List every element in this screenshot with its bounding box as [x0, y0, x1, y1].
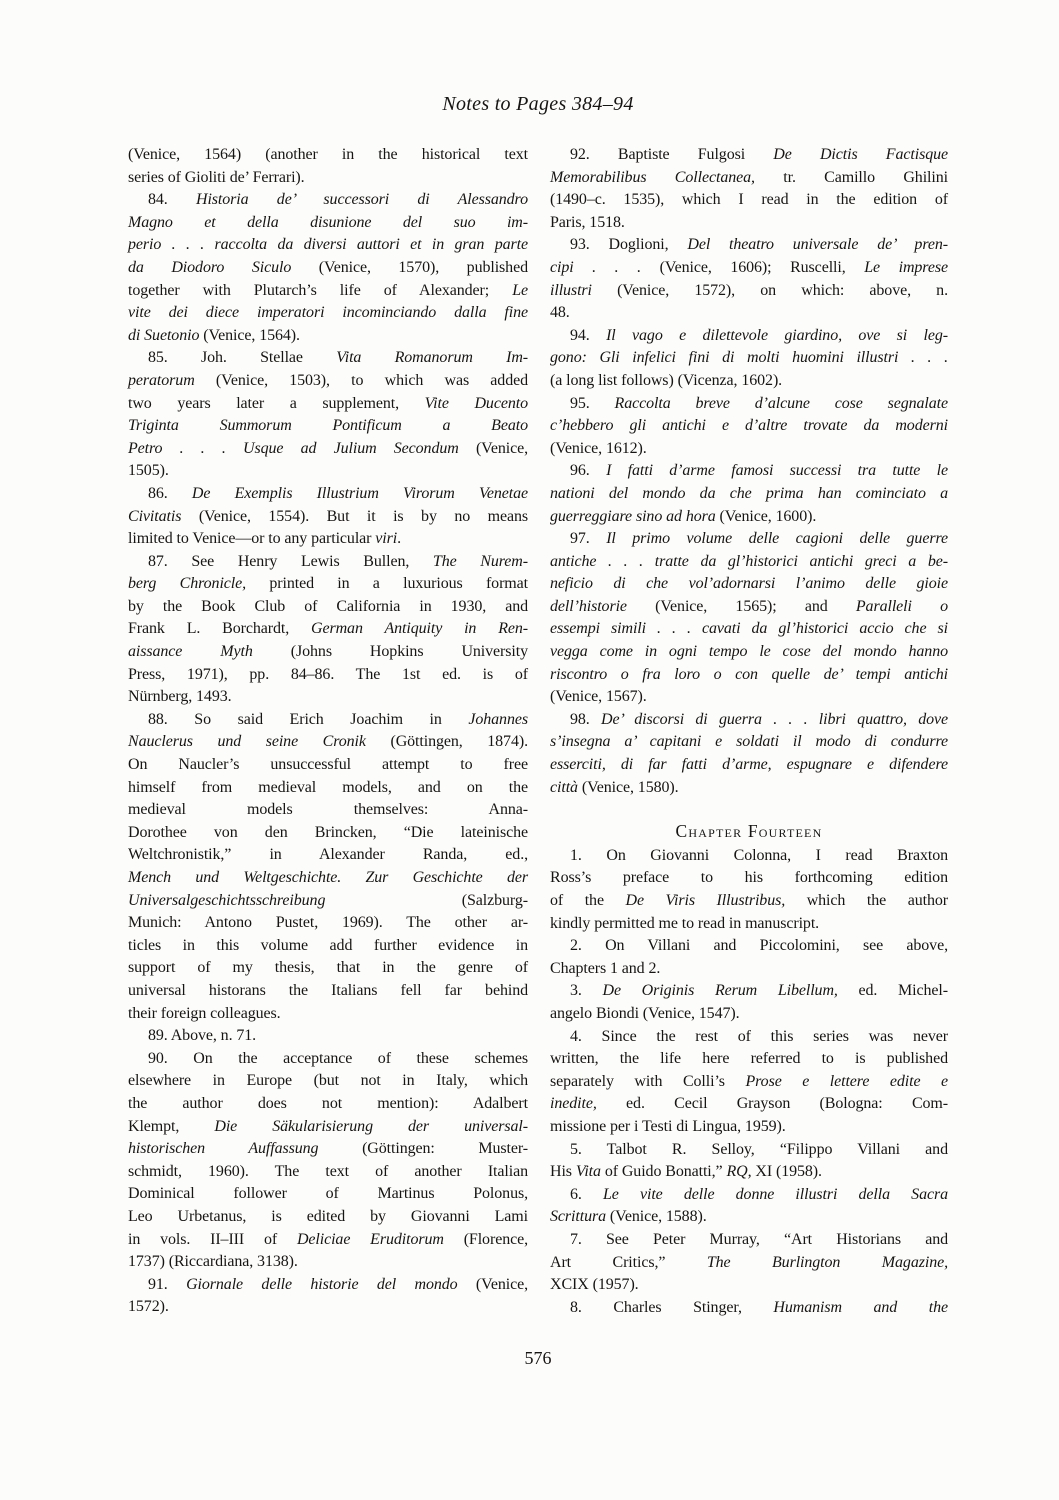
- note-line: limited to Venice—or to any particular v…: [128, 528, 528, 551]
- text-run: 1. On Giovanni Colonna, I read Braxton: [570, 847, 948, 864]
- italic-text-run: Universalgeschichtsschreibung: [128, 892, 462, 909]
- text-run: separately with Colli’s: [550, 1073, 745, 1090]
- text-run: Art Critics,”: [550, 1254, 707, 1271]
- note-line: essempi simili . . . cavati da gl’histor…: [550, 618, 948, 641]
- note-line: guerreggiare sino ad hora (Venice, 1600)…: [550, 506, 948, 529]
- italic-text-run: Vite Ducento: [425, 395, 528, 412]
- note-paragraph: 91. Giornale delle historie del mondo (V…: [128, 1274, 528, 1319]
- note-line: (a long list follows) (Vicenza, 1602).: [550, 370, 948, 393]
- note-line: neficio di che vol’adornarsi l’animo del…: [550, 573, 948, 596]
- italic-text-run: Le imprese: [864, 259, 948, 276]
- text-run: ticles in this volume add further eviden…: [128, 937, 528, 954]
- text-run: written, the life here referred to is pu…: [550, 1050, 948, 1067]
- note-line: Frank L. Borchardt, German Antiquity in …: [128, 618, 528, 641]
- text-run: His: [550, 1163, 576, 1180]
- note-paragraph: 3. De Originis Rerum Libellum, ed. Miche…: [550, 980, 948, 1025]
- italic-text-run: guerreggiare sino ad hora: [550, 508, 720, 525]
- italic-text-run: Historia de’ successori di Alessandro: [196, 191, 528, 208]
- text-run: (Venice, 1503), to which was added: [216, 372, 528, 389]
- note-line: 87. See Henry Lewis Bullen, The Nurem-: [128, 551, 528, 574]
- note-line: Petro . . . Usque ad Julium Secondum (Ve…: [128, 438, 528, 461]
- note-line: perio . . . raccolta da diversi auttori …: [128, 234, 528, 257]
- note-line: vegga come in ogni tempo le cose del mon…: [550, 641, 948, 664]
- italic-text-run: Del theatro universale de’ pren-: [687, 236, 948, 253]
- note-line: universal historans the Italians fell fa…: [128, 980, 528, 1003]
- text-run: in vols. II–III of: [128, 1231, 297, 1248]
- note-paragraph: 85. Joh. Stellae Vita Romanorum Im-perat…: [128, 347, 528, 483]
- note-line: support of my thesis, that in the genre …: [128, 957, 528, 980]
- italic-text-run: I fatti d’arme famosi successi tra tutte…: [606, 462, 948, 479]
- note-line: 93. Doglioni, Del theatro universale de’…: [550, 234, 948, 257]
- text-run: (Salzburg-: [462, 892, 528, 909]
- italic-text-run: De’ discorsi di guerra . . . libri quatt…: [601, 711, 948, 728]
- text-run: (Venice, 1554). But it is by no means: [199, 508, 528, 525]
- note-line: 89. Above, n. 71.: [128, 1025, 528, 1048]
- note-line: 98. De’ discorsi di guerra . . . libri q…: [550, 709, 948, 732]
- note-line: 5. Talbot R. Selloy, “Filippo Villani an…: [550, 1139, 948, 1162]
- note-line: of the De Viris Illustribus, which the a…: [550, 890, 948, 913]
- note-paragraph: 92. Baptiste Fulgosi De Dictis Factisque…: [550, 144, 948, 234]
- text-run: Leo Urbetanus, is edited by Giovanni Lam…: [128, 1208, 528, 1225]
- text-run: 89. Above, n. 71.: [148, 1027, 256, 1044]
- note-line: Magno et della disunione del suo im-: [128, 212, 528, 235]
- note-line: 3. De Originis Rerum Libellum, ed. Miche…: [550, 980, 948, 1003]
- italic-text-run: Triginta Summorum Pontificum a Beato: [128, 417, 528, 434]
- text-run: 96.: [570, 462, 606, 479]
- note-line: inedite, ed. Cecil Grayson (Bologna: Com…: [550, 1093, 948, 1116]
- note-line: medieval models themselves: Anna-: [128, 799, 528, 822]
- note-line: 94. Il vago e dilettevole giardino, ove …: [550, 325, 948, 348]
- note-line: angelo Biondi (Venice, 1547).: [550, 1003, 948, 1026]
- italic-text-run: De Dictis Factisque: [773, 146, 948, 163]
- note-line: (1490–c. 1535), which I read in the edit…: [550, 189, 948, 212]
- note-paragraph: 6. Le vite delle donne illustri della Sa…: [550, 1184, 948, 1229]
- italic-text-run: Nauclerus und seine Cronik: [128, 733, 390, 750]
- text-run: limited to Venice—or to any particular: [128, 530, 375, 547]
- note-line: their foreign colleagues.: [128, 1003, 528, 1026]
- note-line: s’insegna a’ capitani e soldati il modo …: [550, 731, 948, 754]
- note-paragraph: 90. On the acceptance of these schemesel…: [128, 1048, 528, 1274]
- text-run: 84.: [148, 191, 196, 208]
- note-line: Civitatis (Venice, 1554). But it is by n…: [128, 506, 528, 529]
- text-run: (Venice, 1600).: [720, 508, 817, 525]
- text-run: which the author: [807, 892, 948, 909]
- text-run: universal historans the Italians fell fa…: [128, 982, 528, 999]
- text-run: angelo Biondi (Venice, 1547).: [550, 1005, 740, 1022]
- note-line: 1737) (Riccardiana, 3138).: [128, 1251, 528, 1274]
- note-line: elsewhere in Europe (but not in Italy, w…: [128, 1070, 528, 1093]
- note-line: vite dei diece imperatori incominciando …: [128, 302, 528, 325]
- text-run: 1737) (Riccardiana, 3138).: [128, 1253, 298, 1270]
- note-line: berg Chronicle, printed in a luxurious f…: [128, 573, 528, 596]
- page-number: 576: [128, 1348, 948, 1369]
- note-line: 6. Le vite delle donne illustri della Sa…: [550, 1184, 948, 1207]
- italic-text-run: peratorum: [128, 372, 216, 389]
- text-run: Ross’s preface to his forthcoming editio…: [550, 869, 948, 886]
- note-line: 1. On Giovanni Colonna, I read Braxton: [550, 845, 948, 868]
- text-run: medieval models themselves: Anna-: [128, 801, 528, 818]
- italic-text-run: aissance Myth: [128, 643, 291, 660]
- note-line: Dominical follower of Martinus Polonus,: [128, 1183, 528, 1206]
- italic-text-run: The Nurem-: [433, 553, 528, 570]
- italic-text-run: De Viris Illustribus,: [626, 892, 807, 909]
- italic-text-run: Vita: [576, 1163, 605, 1180]
- note-line: Nauclerus und seine Cronik (Göttingen, 1…: [128, 731, 528, 754]
- note-line: 86. De Exemplis Illustrium Virorum Venet…: [128, 483, 528, 506]
- italic-text-run: Giornale delle historie del mondo: [186, 1276, 476, 1293]
- note-line: città (Venice, 1580).: [550, 777, 948, 800]
- note-paragraph: 94. Il vago e dilettevole giardino, ove …: [550, 325, 948, 393]
- text-run: 5. Talbot R. Selloy, “Filippo Villani an…: [570, 1141, 948, 1158]
- italic-text-run: Le vite delle donne illustri della Sacra: [603, 1186, 948, 1203]
- note-paragraph: 86. De Exemplis Illustrium Virorum Venet…: [128, 483, 528, 551]
- text-run: ed. Cecil Grayson (Bologna: Com-: [626, 1095, 948, 1112]
- text-run: XCIX (1957).: [550, 1276, 639, 1293]
- text-run: 86.: [148, 485, 192, 502]
- text-run: 91.: [148, 1276, 186, 1293]
- note-line: gono: Gli infelici fini di molti huomini…: [550, 347, 948, 370]
- note-paragraph: 7. See Peter Murray, “Art Historians and…: [550, 1229, 948, 1297]
- note-paragraph: 2. On Villani and Piccolomini, see above…: [550, 935, 948, 980]
- italic-text-run: Scrittura: [550, 1208, 610, 1225]
- text-run: 98.: [570, 711, 601, 728]
- note-paragraph: 88. So said Erich Joachim in JohannesNau…: [128, 709, 528, 1025]
- note-line: ticles in this volume add further eviden…: [128, 935, 528, 958]
- note-line: His Vita of Guido Bonatti,” RQ, XI (1958…: [550, 1161, 948, 1184]
- note-line: missione per i Testi di Lingua, 1959).: [550, 1116, 948, 1139]
- italic-text-run: Magno et della disunione del suo im-: [128, 214, 528, 231]
- text-run: (Venice, 1588).: [610, 1208, 707, 1225]
- text-run: (Venice, 1564) (another in the historica…: [128, 146, 528, 163]
- italic-text-run: riscontro o fra loro o con quelle de’ te…: [550, 666, 948, 683]
- note-line: antiche . . . tratte da gl’historici ant…: [550, 551, 948, 574]
- italic-text-run: Le: [512, 282, 528, 299]
- italic-text-run: s’insegna a’ capitani e soldati il modo …: [550, 733, 948, 750]
- italic-text-run: Il primo volume delle cagioni delle guer…: [606, 530, 948, 547]
- text-run: Munich: Antono Pustet, 1969). The other …: [128, 914, 528, 931]
- note-line: Leo Urbetanus, is edited by Giovanni Lam…: [128, 1206, 528, 1229]
- text-run: schmidt, 1960). The text of another Ital…: [128, 1163, 528, 1180]
- text-run: Dorothee von den Brincken, “Die lateinis…: [128, 824, 528, 841]
- note-paragraph: 5. Talbot R. Selloy, “Filippo Villani an…: [550, 1139, 948, 1184]
- note-line: 90. On the acceptance of these schemes: [128, 1048, 528, 1071]
- text-run: by the Book Club of California in 1930, …: [128, 598, 528, 615]
- text-run: their foreign colleagues.: [128, 1005, 281, 1022]
- italic-text-run: esserciti, di far fatti d’arme, espugnar…: [550, 756, 948, 773]
- text-run: himself from medieval models, and on the: [128, 779, 528, 796]
- note-line: Chapters 1 and 2.: [550, 958, 948, 981]
- text-run: two years later a supplement,: [128, 395, 425, 412]
- note-line: Press, 1971), pp. 84–86. The 1st ed. is …: [128, 664, 528, 687]
- note-line: Nürnberg, 1493.: [128, 686, 528, 709]
- note-line: the author does not mention): Adalbert: [128, 1093, 528, 1116]
- note-line: Paris, 1518.: [550, 212, 948, 235]
- note-line: cipi . . . (Venice, 1606); Ruscelli, Le …: [550, 257, 948, 280]
- text-run: 97.: [570, 530, 606, 547]
- italic-text-run: Johannes: [468, 711, 528, 728]
- note-line: 8. Charles Stinger, Humanism and the: [550, 1297, 948, 1320]
- text-run: Chapters 1 and 2.: [550, 960, 660, 977]
- text-run: 92. Baptiste Fulgosi: [570, 146, 773, 163]
- italic-text-run: dell’historie: [550, 598, 655, 615]
- italic-text-run: da Diodoro Siculo: [128, 259, 319, 276]
- right-column: 92. Baptiste Fulgosi De Dictis Factisque…: [550, 144, 948, 1319]
- italic-text-run: viri: [375, 530, 397, 547]
- note-line: 96. I fatti d’arme famosi successi tra t…: [550, 460, 948, 483]
- text-run: missione per i Testi di Lingua, 1959).: [550, 1118, 786, 1135]
- note-line: 85. Joh. Stellae Vita Romanorum Im-: [128, 347, 528, 370]
- text-run: of Guido Bonatti,”: [605, 1163, 727, 1180]
- note-line: Triginta Summorum Pontificum a Beato: [128, 415, 528, 438]
- italic-text-run: c’hebbero gli antichi e d’altre trovate …: [550, 417, 948, 434]
- note-line: Klempt, Die Säkularisierung der universa…: [128, 1116, 528, 1139]
- note-line: 7. See Peter Murray, “Art Historians and: [550, 1229, 948, 1252]
- book-page: Notes to Pages 384–94 (Venice, 1564) (an…: [0, 0, 1059, 1500]
- note-line: by the Book Club of California in 1930, …: [128, 596, 528, 619]
- note-line: 91. Giornale delle historie del mondo (V…: [128, 1274, 528, 1297]
- note-line: Universalgeschichtsschreibung (Salzburg-: [128, 890, 528, 913]
- note-line: (Venice, 1612).: [550, 438, 948, 461]
- note-line: kindly permitted me to read in manuscrip…: [550, 913, 948, 936]
- text-run: 6.: [570, 1186, 603, 1203]
- text-run: (Venice, 1564).: [203, 327, 300, 344]
- text-run: On Naucler’s unsuccessful attempt to fre…: [128, 756, 528, 773]
- text-run: 1572).: [128, 1298, 169, 1315]
- note-line: 97. Il primo volume delle cagioni delle …: [550, 528, 948, 551]
- note-paragraph: 97. Il primo volume delle cagioni delle …: [550, 528, 948, 709]
- note-line: 95. Raccolta breve d’alcune cose segnala…: [550, 393, 948, 416]
- italic-text-run: German Antiquity in Ren-: [311, 620, 528, 637]
- note-line: riscontro o fra loro o con quelle de’ te…: [550, 664, 948, 687]
- text-run: (Florence,: [464, 1231, 528, 1248]
- text-run: (Venice, 1612).: [550, 440, 647, 457]
- note-line: Scrittura (Venice, 1588).: [550, 1206, 948, 1229]
- italic-text-run: RQ,: [726, 1163, 755, 1180]
- italic-text-run: neficio di che vol’adornarsi l’animo del…: [550, 575, 948, 592]
- italic-text-run: essempi simili . . . cavati da gl’histor…: [550, 620, 948, 637]
- left-column: (Venice, 1564) (another in the historica…: [128, 144, 528, 1319]
- italic-text-run: De Exemplis Illustrium Virorum Venetae: [192, 485, 528, 502]
- text-run: Dominical follower of Martinus Polonus,: [128, 1185, 528, 1202]
- note-line: Dorothee von den Brincken, “Die lateinis…: [128, 822, 528, 845]
- italic-text-run: illustri: [550, 282, 617, 299]
- note-line: peratorum (Venice, 1503), to which was a…: [128, 370, 528, 393]
- note-line: 1505).: [128, 460, 528, 483]
- note-paragraph: 98. De’ discorsi di guerra . . . libri q…: [550, 709, 948, 799]
- note-line: On Naucler’s unsuccessful attempt to fre…: [128, 754, 528, 777]
- text-run: 85. Joh. Stellae: [148, 349, 336, 366]
- text-run: together with Plutarch’s life of Alexand…: [128, 282, 512, 299]
- text-run: tr. Camillo Ghilini: [783, 169, 948, 186]
- note-line: schmidt, 1960). The text of another Ital…: [128, 1161, 528, 1184]
- text-run: elsewhere in Europe (but not in Italy, w…: [128, 1072, 528, 1089]
- note-paragraph: 4. Since the rest of this series was nev…: [550, 1026, 948, 1139]
- italic-text-run: historischen Auffassung: [128, 1140, 362, 1157]
- text-run: 8. Charles Stinger,: [570, 1299, 773, 1316]
- note-line: 1572).: [128, 1296, 528, 1319]
- text-run: of the: [550, 892, 626, 909]
- text-run: 3.: [570, 982, 603, 999]
- note-line: 92. Baptiste Fulgosi De Dictis Factisque: [550, 144, 948, 167]
- text-run: (Venice,: [476, 440, 528, 457]
- italic-text-run: perio . . . raccolta da diversi auttori …: [128, 236, 528, 253]
- italic-text-run: Civitatis: [128, 508, 199, 525]
- text-run: Weltchronistik,” in Alexander Randa, ed.…: [128, 846, 528, 863]
- note-line: 2. On Villani and Piccolomini, see above…: [550, 935, 948, 958]
- text-run: 95.: [570, 395, 615, 412]
- italic-text-run: cipi . . .: [550, 259, 660, 276]
- text-run: 2. On Villani and Piccolomini, see above…: [570, 937, 948, 954]
- text-run: 88. So said Erich Joachim in: [148, 711, 468, 728]
- text-run: (a long list follows) (Vicenza, 1602).: [550, 372, 782, 389]
- text-run: printed in a luxurious format: [269, 575, 528, 592]
- text-run: Frank L. Borchardt,: [128, 620, 311, 637]
- text-run: the author does not mention): Adalbert: [128, 1095, 528, 1112]
- note-line: Mench und Weltgeschichte. Zur Geschichte…: [128, 867, 528, 890]
- note-line: Weltchronistik,” in Alexander Randa, ed.…: [128, 844, 528, 867]
- note-line: (Venice, 1567).: [550, 686, 948, 709]
- italic-text-run: Memorabilibus Collectanea,: [550, 169, 783, 186]
- italic-text-run: The Burlington Magazine,: [707, 1254, 948, 1271]
- italic-text-run: Il vago e dilettevole giardino, ove si l…: [606, 327, 948, 344]
- text-run: 87. See Henry Lewis Bullen,: [148, 553, 433, 570]
- note-line: Munich: Antono Pustet, 1969). The other …: [128, 912, 528, 935]
- note-line: 48.: [550, 302, 948, 325]
- text-run: Klempt,: [128, 1118, 214, 1135]
- note-line: 84. Historia de’ successori di Alessandr…: [128, 189, 528, 212]
- italic-text-run: Deliciae Eruditorum: [297, 1231, 464, 1248]
- note-line: aissance Myth (Johns Hopkins University: [128, 641, 528, 664]
- italic-text-run: De Originis Rerum Libellum,: [603, 982, 859, 999]
- text-run: Nürnberg, 1493.: [128, 688, 232, 705]
- note-line: c’hebbero gli antichi e d’altre trovate …: [550, 415, 948, 438]
- note-line: Memorabilibus Collectanea, tr. Camillo G…: [550, 167, 948, 190]
- note-line: 4. Since the rest of this series was nev…: [550, 1026, 948, 1049]
- text-run: (Venice, 1567).: [550, 688, 647, 705]
- text-run: (Venice, 1570), published: [319, 259, 528, 276]
- italic-text-run: di Suetonio: [128, 327, 203, 344]
- note-line: series of Gioliti de’ Ferrari).: [128, 167, 528, 190]
- italic-text-run: vegga come in ogni tempo le cose del mon…: [550, 643, 948, 660]
- text-run: support of my thesis, that in the genre …: [128, 959, 528, 976]
- italic-text-run: città: [550, 779, 582, 796]
- italic-text-run: gono: Gli infelici fini di molti huomini…: [550, 349, 948, 366]
- italic-text-run: inedite,: [550, 1095, 626, 1112]
- text-run: (Göttingen: Muster-: [362, 1140, 528, 1157]
- note-line: himself from medieval models, and on the: [128, 777, 528, 800]
- text-run: Press, 1971), pp. 84–86. The 1st ed. is …: [128, 666, 528, 683]
- text-run: ed. Michel-: [859, 982, 948, 999]
- text-run: 4. Since the rest of this series was nev…: [570, 1028, 948, 1045]
- text-run: Paris, 1518.: [550, 214, 625, 231]
- notes-columns: (Venice, 1564) (another in the historica…: [128, 144, 948, 1319]
- text-run: (Venice,: [476, 1276, 528, 1293]
- note-line: XCIX (1957).: [550, 1274, 948, 1297]
- chapter-heading: Chapter Fourteen: [550, 820, 948, 843]
- note-line: two years later a supplement, Vite Ducen…: [128, 393, 528, 416]
- text-run: 1505).: [128, 462, 169, 479]
- note-paragraph: 87. See Henry Lewis Bullen, The Nurem-be…: [128, 551, 528, 709]
- note-line: 88. So said Erich Joachim in Johannes: [128, 709, 528, 732]
- text-run: 7. See Peter Murray, “Art Historians and: [570, 1231, 948, 1248]
- text-run: .: [397, 530, 401, 547]
- italic-text-run: nationi del mondo da che prima han comin…: [550, 485, 948, 502]
- text-run: 94.: [570, 327, 606, 344]
- text-run: (Venice, 1580).: [582, 779, 679, 796]
- note-paragraph: 93. Doglioni, Del theatro universale de’…: [550, 234, 948, 324]
- text-run: 90. On the acceptance of these schemes: [148, 1050, 528, 1067]
- note-line: dell’historie (Venice, 1565); and Parall…: [550, 596, 948, 619]
- text-run: 48.: [550, 304, 570, 321]
- note-line: Ross’s preface to his forthcoming editio…: [550, 867, 948, 890]
- italic-text-run: Mench und Weltgeschichte. Zur Geschichte…: [128, 869, 528, 886]
- note-paragraph: (Venice, 1564) (another in the historica…: [128, 144, 528, 189]
- note-line: illustri (Venice, 1572), on which: above…: [550, 280, 948, 303]
- note-line: esserciti, di far fatti d’arme, espugnar…: [550, 754, 948, 777]
- note-line: in vols. II–III of Deliciae Eruditorum (…: [128, 1229, 528, 1252]
- text-run: series of Gioliti de’ Ferrari).: [128, 169, 305, 186]
- note-paragraph: 8. Charles Stinger, Humanism and the: [550, 1297, 948, 1320]
- text-run: (1490–c. 1535), which I read in the edit…: [550, 191, 948, 208]
- note-line: separately with Colli’s Prose e lettere …: [550, 1071, 948, 1094]
- note-line: (Venice, 1564) (another in the historica…: [128, 144, 528, 167]
- italic-text-run: Die Säkularisierung der universal-: [214, 1118, 528, 1135]
- text-run: kindly permitted me to read in manuscrip…: [550, 915, 819, 932]
- italic-text-run: Paralleli o: [856, 598, 948, 615]
- note-paragraph: 96. I fatti d’arme famosi successi tra t…: [550, 460, 948, 528]
- note-paragraph: 89. Above, n. 71.: [128, 1025, 528, 1048]
- italic-text-run: antiche . . . tratte da gl’historici ant…: [550, 553, 948, 570]
- note-line: Art Critics,” The Burlington Magazine,: [550, 1252, 948, 1275]
- italic-text-run: Petro . . . Usque ad Julium Secondum: [128, 440, 476, 457]
- italic-text-run: berg Chronicle,: [128, 575, 269, 592]
- italic-text-run: Prose e lettere edite e: [745, 1073, 948, 1090]
- running-header: Notes to Pages 384–94: [128, 93, 948, 116]
- text-run: (Venice, 1606); Ruscelli,: [660, 259, 865, 276]
- text-run: XI (1958).: [755, 1163, 822, 1180]
- text-run: (Johns Hopkins University: [291, 643, 528, 660]
- note-line: nationi del mondo da che prima han comin…: [550, 483, 948, 506]
- text-run: (Göttingen, 1874).: [390, 733, 528, 750]
- text-run: (Venice, 1565); and: [655, 598, 856, 615]
- text-run: (Venice, 1572), on which: above, n.: [617, 282, 948, 299]
- italic-text-run: Humanism and the: [773, 1299, 948, 1316]
- italic-text-run: Vita Romanorum Im-: [336, 349, 528, 366]
- italic-text-run: vite dei diece imperatori incominciando …: [128, 304, 528, 321]
- note-paragraph: 95. Raccolta breve d’alcune cose segnala…: [550, 393, 948, 461]
- note-line: together with Plutarch’s life of Alexand…: [128, 280, 528, 303]
- note-line: di Suetonio (Venice, 1564).: [128, 325, 528, 348]
- note-line: written, the life here referred to is pu…: [550, 1048, 948, 1071]
- note-paragraph: 1. On Giovanni Colonna, I read BraxtonRo…: [550, 845, 948, 935]
- note-line: historischen Auffassung (Göttingen: Must…: [128, 1138, 528, 1161]
- text-run: 93. Doglioni,: [570, 236, 687, 253]
- italic-text-run: Raccolta breve d’alcune cose segnalate: [615, 395, 948, 412]
- note-paragraph: 84. Historia de’ successori di Alessandr…: [128, 189, 528, 347]
- note-line: da Diodoro Siculo (Venice, 1570), publis…: [128, 257, 528, 280]
